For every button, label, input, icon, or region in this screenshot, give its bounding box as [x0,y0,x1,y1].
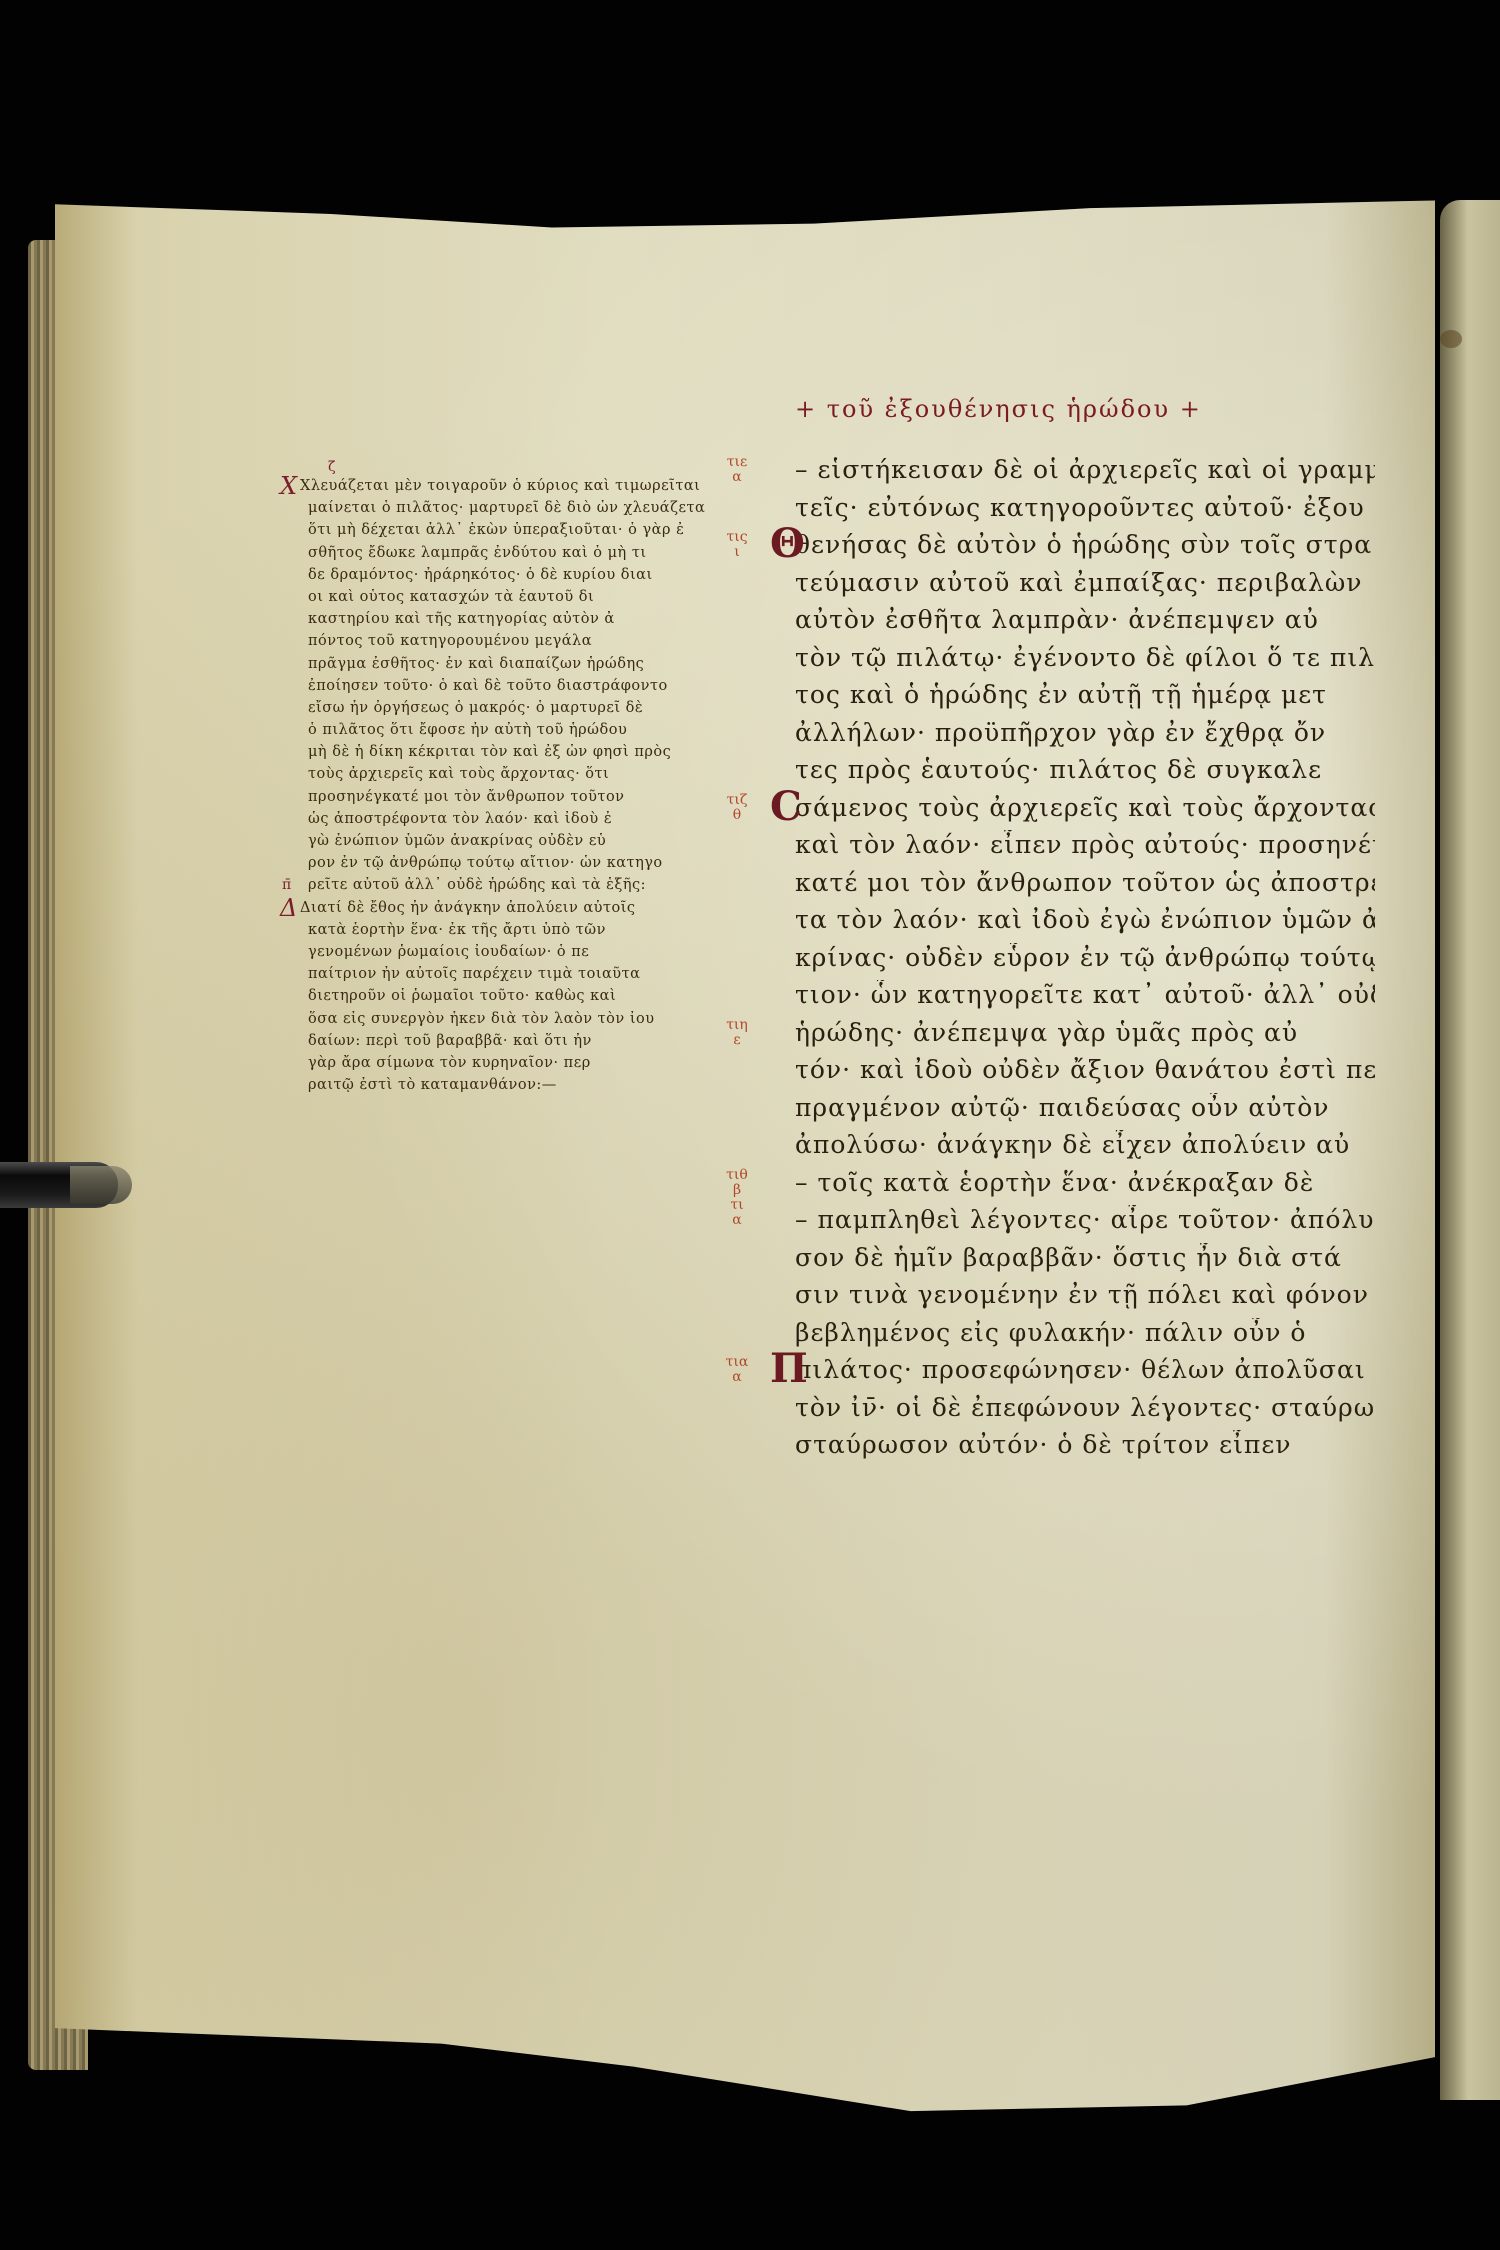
main-text-line: τόν· καὶ ἰδοὺ οὐδὲν ἄξιον θανάτου ἐστὶ π… [795,1055,1375,1093]
commentary-line: ρον ἐν τῷ ἀνθρώπῳ τούτῳ αἴτιον· ὧν κατηγ… [300,855,705,877]
main-text-line: πραγμένον αὐτῷ· παιδεύσας οὖν αὐτὸν [795,1093,1375,1131]
commentary-line: τοὺς ἀρχιερεῖς καὶ τοὺς ἄρχοντας· ὅτι [300,766,705,788]
commentary-initial: Χ [280,472,297,500]
main-text-line: κρίνας· οὐδὲν εὗρον ἐν τῷ ἀνθρώπῳ τούτῳ … [795,943,1375,981]
commentary-line: ραιτῷ ἐστὶ τὸ καταμανθάνον:— [300,1077,705,1099]
decorated-initial: Θ [770,520,805,567]
commentary-line: Διατί δὲ ἔθος ἦν ἀνάγκην ἀπολύειν αὐτοῖς [300,900,705,922]
commentary-line: Χλευάζεται μὲν τοιγαροῦν ὁ κύριος καὶ τι… [300,478,705,500]
commentary-line: κατὰ ἑορτὴν ἕνα· ἐκ τῆς ἄρτι ὑπὸ τῶν [300,922,705,944]
section-number-rubric: τιζθ [722,793,752,823]
commentary-line: πρᾶγμα ἐσθῆτος· ἐν καὶ διαπαίζων ἡρώδης [300,656,705,678]
commentary-line: πόντος τοῦ κατηγορουμένου μεγάλα [300,633,705,655]
main-text-line: ἀλλήλων· προϋπῆρχον γὰρ ἐν ἔχθρᾳ ὄν [795,718,1375,756]
main-text-line: αὐτὸν ἐσθῆτα λαμπρὰν· ἀνέπεμψεν αὐ [795,605,1375,643]
section-number-rubric: τιηε [722,1018,752,1048]
commentary-marginal-mark: ζ̄ [328,460,336,475]
main-text-line: σον δὲ ἡμῖν βαραββᾶν· ὅστις ἦν διὰ στά [795,1243,1375,1281]
commentary-line: ὁ πιλᾶτος ὅτι ἔφοσε ἦν αὐτὴ τοῦ ἡρώδου [300,722,705,744]
section-number-rubric: τιθβτια [722,1168,752,1228]
main-text-line: ἀπολύσω· ἀνάγκην δὲ εἶχεν ἀπολύειν αὐ [795,1130,1375,1168]
section-number-rubric: τιαα [722,1355,752,1385]
commentary-line: ἐποίησεν τοῦτο· ὁ καὶ δὲ τοῦτο διαστράφο… [300,678,705,700]
commentary-line: σθῆτος ἔδωκε λαμπρᾶς ἐνδύτου καὶ ὁ μὴ τι [300,545,705,567]
main-text-line: ἡρώδης· ἀνέπεμψα γὰρ ὑμᾶς πρὸς αὐ [795,1018,1375,1056]
main-text-line: τεῖς· εὐτόνως κατηγοροῦντες αὐτοῦ· ἐξου [795,493,1375,531]
main-text-line: – τοῖς κατὰ ἑορτὴν ἕνα· ἀνέκραξαν δὲ [795,1168,1375,1206]
main-text-line: τιον· ὧν κατηγορεῖτε κατ᾽ αὐτοῦ· ἀλλ᾽ οὐ… [795,980,1375,1018]
commentary-line: μὴ δὲ ἡ δίκη κέκριται τὸν καὶ ἐξ ὧν φησὶ… [300,744,705,766]
commentary-line: εἴσω ἦν ὀργήσεως ὁ μακρός· ὁ μαρτυρεῖ δὲ [300,700,705,722]
section-number-rubric: τιςι [722,530,752,560]
main-text-line: – εἱστήκεισαν δὲ οἱ ἀρχιερεῖς καὶ οἱ γρα… [795,455,1375,493]
main-text-line: τεύμασιν αὐτοῦ καὶ ἐμπαίξας· περιβαλὼν [795,568,1375,606]
commentary-line: ρεῖτε αὐτοῦ ἀλλ᾽ οὐδὲ ἡρώδης καὶ τὰ ἑξῆς… [300,877,705,899]
commentary-line: δαίων: περὶ τοῦ βαραββᾶ· καὶ ὅτι ἦν [300,1033,705,1055]
commentary-line: δε δραμόντος· ἠράρηκότος· ὁ δὲ κυρίου δι… [300,567,705,589]
ink-stain [1440,330,1462,348]
section-number-rubric: τιεα [722,455,752,485]
commentary-line: ὅσα εἰς συνεργὸν ἧκεν διὰ τὸν λαὸν τὸν ἰ… [300,1011,705,1033]
main-text-line: τὸν τῷ πιλάτῳ· ἐγένοντο δὲ φίλοι ὅ τε πι… [795,643,1375,681]
main-text-line: τος καὶ ὁ ἡρώδης ἐν αὐτῇ τῇ ἡμέρᾳ μετ [795,680,1375,718]
main-text-column: – εἱστήκεισαν δὲ οἱ ἀρχιερεῖς καὶ οἱ γρα… [795,455,1375,1468]
commentary-line: διετηροῦν οἱ ῥωμαῖοι τοῦτο· καθὼς καὶ [300,988,705,1010]
commentary-marginal-mark: π̄ [282,878,291,893]
commentary-line: οι καὶ οὗτος κατασχών τὰ ἑαυτοῦ δι [300,589,705,611]
main-text-line: σιν τινὰ γενομένην ἐν τῇ πόλει καὶ φόνον [795,1280,1375,1318]
commentary-line: ὡς ἀποστρέφοντα τὸν λαόν· καὶ ἰδοὺ ἐ [300,811,705,833]
main-text-line: τα τὸν λαόν· καὶ ἰδοὺ ἐγὼ ἐνώπιον ὑμῶν ἀ… [795,905,1375,943]
main-text-line: τες πρὸς ἑαυτούς· πιλάτος δὲ συγκαλε [795,755,1375,793]
decorated-initial: C [770,783,802,830]
decorated-initial: Π [770,1345,808,1392]
main-text-line: τὸν ἰν̄· οἱ δὲ ἐπεφώνουν λέγοντες· σταύρ… [795,1393,1375,1431]
main-text-line: κατέ μοι τὸν ἄνθρωπον τοῦτον ὡς ἀποστρέφ… [795,868,1375,906]
rubric-heading: + τοῦ ἐξουθένησις ἡρώδου + [795,395,1202,423]
commentary-line: παίτριον ἦν αὐτοῖς παρέχειν τιμὰ τοιαῦτα [300,966,705,988]
main-text-line: – παμπληθεὶ λέγοντες· αἶρε τοῦτον· ἀπόλυ [795,1205,1375,1243]
main-text-line: θενήσας δὲ αὐτὸν ὁ ἡρώδης σὺν τοῖς στρα [795,530,1375,568]
commentary-line: προσηνέγκατέ μοι τὸν ἄνθρωπον τοῦτον [300,789,705,811]
main-text-line: σάμενος τοὺς ἀρχιερεῖς καὶ τοὺς ἄρχοντας [795,793,1375,831]
commentary-column: Χλευάζεται μὲν τοιγαροῦν ὁ κύριος καὶ τι… [300,478,705,1099]
facing-page-edge [1440,200,1500,2100]
main-text-line: καὶ τὸν λαόν· εἶπεν πρὸς αὐτούς· προσηνέ… [795,830,1375,868]
commentary-line: μαίνεται ὁ πιλᾶτος· μαρτυρεῖ δὲ διὸ ὧν χ… [300,500,705,522]
commentary-line: καστηρίου καὶ τῆς κατηγορίας αὐτὸν ἀ [300,611,705,633]
book-clasp-tip [70,1166,132,1204]
commentary-line: ὅτι μὴ δέχεται ἀλλ᾽ ἑκὼν ὑπεραξιοῦται· ὁ… [300,522,705,544]
main-text-line: πιλάτος· προσεφώνησεν· θέλων ἀπολῦσαι [795,1355,1375,1393]
commentary-initial: Δ [280,894,297,922]
commentary-line: γὰρ ἄρα σίμωνα τὸν κυρηναῖον· περ [300,1055,705,1077]
commentary-line: γενομένων ῥωμαίοις ἰουδαίων· ὁ πε [300,944,705,966]
main-text-line: σταύρωσον αὐτόν· ὁ δὲ τρίτον εἶπεν [795,1430,1375,1468]
main-text-line: βεβλημένος εἰς φυλακήν· πάλιν οὖν ὁ [795,1318,1375,1356]
commentary-line: γὼ ἐνώπιον ὑμῶν ἀνακρίνας οὐδὲν εὗ [300,833,705,855]
